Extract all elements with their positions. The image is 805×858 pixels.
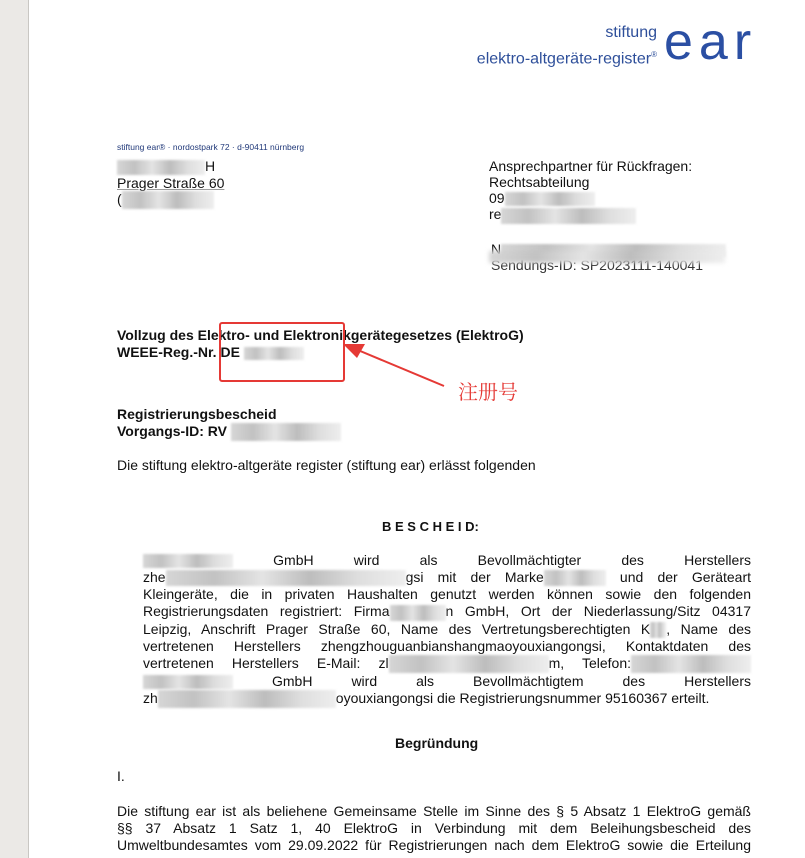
body-line: vertretenen Herstellers E-Mail: zlm, Tel… — [143, 655, 751, 673]
body-line: zhoyouxiangongsi die Registrierungsnumme… — [143, 690, 751, 708]
redacted-block — [389, 655, 549, 673]
registration-number: 95160367 — [605, 690, 667, 706]
viewer-side-panel — [0, 0, 29, 858]
redacted-block — [544, 570, 606, 586]
redacted-block — [501, 208, 636, 224]
contact-email-prefix: re — [489, 206, 501, 222]
contact-title: Ansprechpartner für Rückfragen: — [489, 158, 692, 174]
annotation-highlight-box — [219, 322, 345, 382]
contact-block: Ansprechpartner für Rückfragen: Rechtsab… — [489, 158, 692, 224]
reasoning-body: Die stiftung ear ist als beliehene Gemei… — [117, 803, 751, 854]
redacted-block — [143, 675, 233, 689]
redacted-block — [122, 191, 214, 209]
reasoning-line: Umweltbundesamtes vom 29.09.2022 für Reg… — [117, 837, 751, 854]
recipient-line1-suffix: H — [205, 158, 215, 174]
logo-line2: elektro-altgeräte-register — [477, 50, 651, 67]
contact-phone-prefix: 09 — [489, 190, 505, 206]
redacted-block — [489, 251, 725, 263]
reasoning-line: §§ 37 Absatz 1 Satz 1, 40 ElektroG in Ve… — [117, 820, 751, 837]
redacted-block — [631, 655, 751, 673]
body-line: Kleingeräte, die in privaten Haushalten … — [143, 586, 751, 603]
decision-header: Registrierungsbescheid Vorgangs-ID: RV — [117, 406, 341, 441]
logo-registered: ® — [651, 50, 657, 59]
contact-ref: N Sendungs-ID: SP2023111-140041 — [491, 241, 726, 273]
redacted-block — [117, 160, 205, 175]
logo-line1: stiftung — [477, 22, 657, 44]
reasoning-line: Die stiftung ear ist als beliehene Gemei… — [117, 803, 751, 820]
reasoning-section-number: I. — [117, 768, 125, 785]
body-line: GmbH wird als Bevollmächtigtem des Herst… — [143, 673, 751, 690]
contact-dept: Rechtsabteilung — [489, 174, 692, 190]
redacted-block — [158, 690, 336, 708]
annotation-label: 注册号 — [458, 376, 518, 405]
redacted-block — [143, 554, 233, 568]
reasoning-heading: Begründung — [395, 735, 478, 752]
body-line: Leipzig, Anschrift Prager Straße 60, Nam… — [143, 621, 751, 638]
recipient-street: Prager Straße 60 — [117, 175, 224, 191]
body-line: Registrierungsdaten registriert: Firman … — [143, 603, 751, 620]
annotation-arrow-icon — [339, 338, 449, 390]
redacted-block — [505, 192, 595, 206]
decision-body: GmbH wird als Bevollmächtigter des Herst… — [143, 552, 751, 708]
redacted-block — [390, 605, 446, 621]
body-line: GmbH wird als Bevollmächtigter des Herst… — [143, 552, 751, 569]
redacted-block — [166, 570, 406, 586]
redacted-block — [650, 622, 666, 638]
logo-text: stiftung elektro-altgeräte-register® — [477, 22, 657, 70]
decision-title: Registrierungsbescheid — [117, 406, 341, 423]
ear-logo-mark: ear — [664, 16, 757, 68]
process-id-label: Vorgangs-ID: RV — [117, 423, 227, 439]
redacted-block — [231, 423, 341, 441]
decision-intro: Die stiftung elektro-altgeräte register … — [117, 457, 536, 474]
bescheid-heading: B E S C H E I D: — [382, 518, 479, 535]
body-line: vertretenen Herstellers zhengzhouguanbia… — [143, 638, 751, 655]
body-line: zhegsi mit der Marke und der Geräteart — [143, 569, 751, 586]
document-page: stiftung elektro-altgeräte-register® ear… — [29, 0, 805, 858]
recipient-address: H Prager Straße 60 ( — [117, 158, 224, 209]
sender-line: stiftung ear® · nordostpark 72 · d-90411… — [117, 142, 304, 152]
